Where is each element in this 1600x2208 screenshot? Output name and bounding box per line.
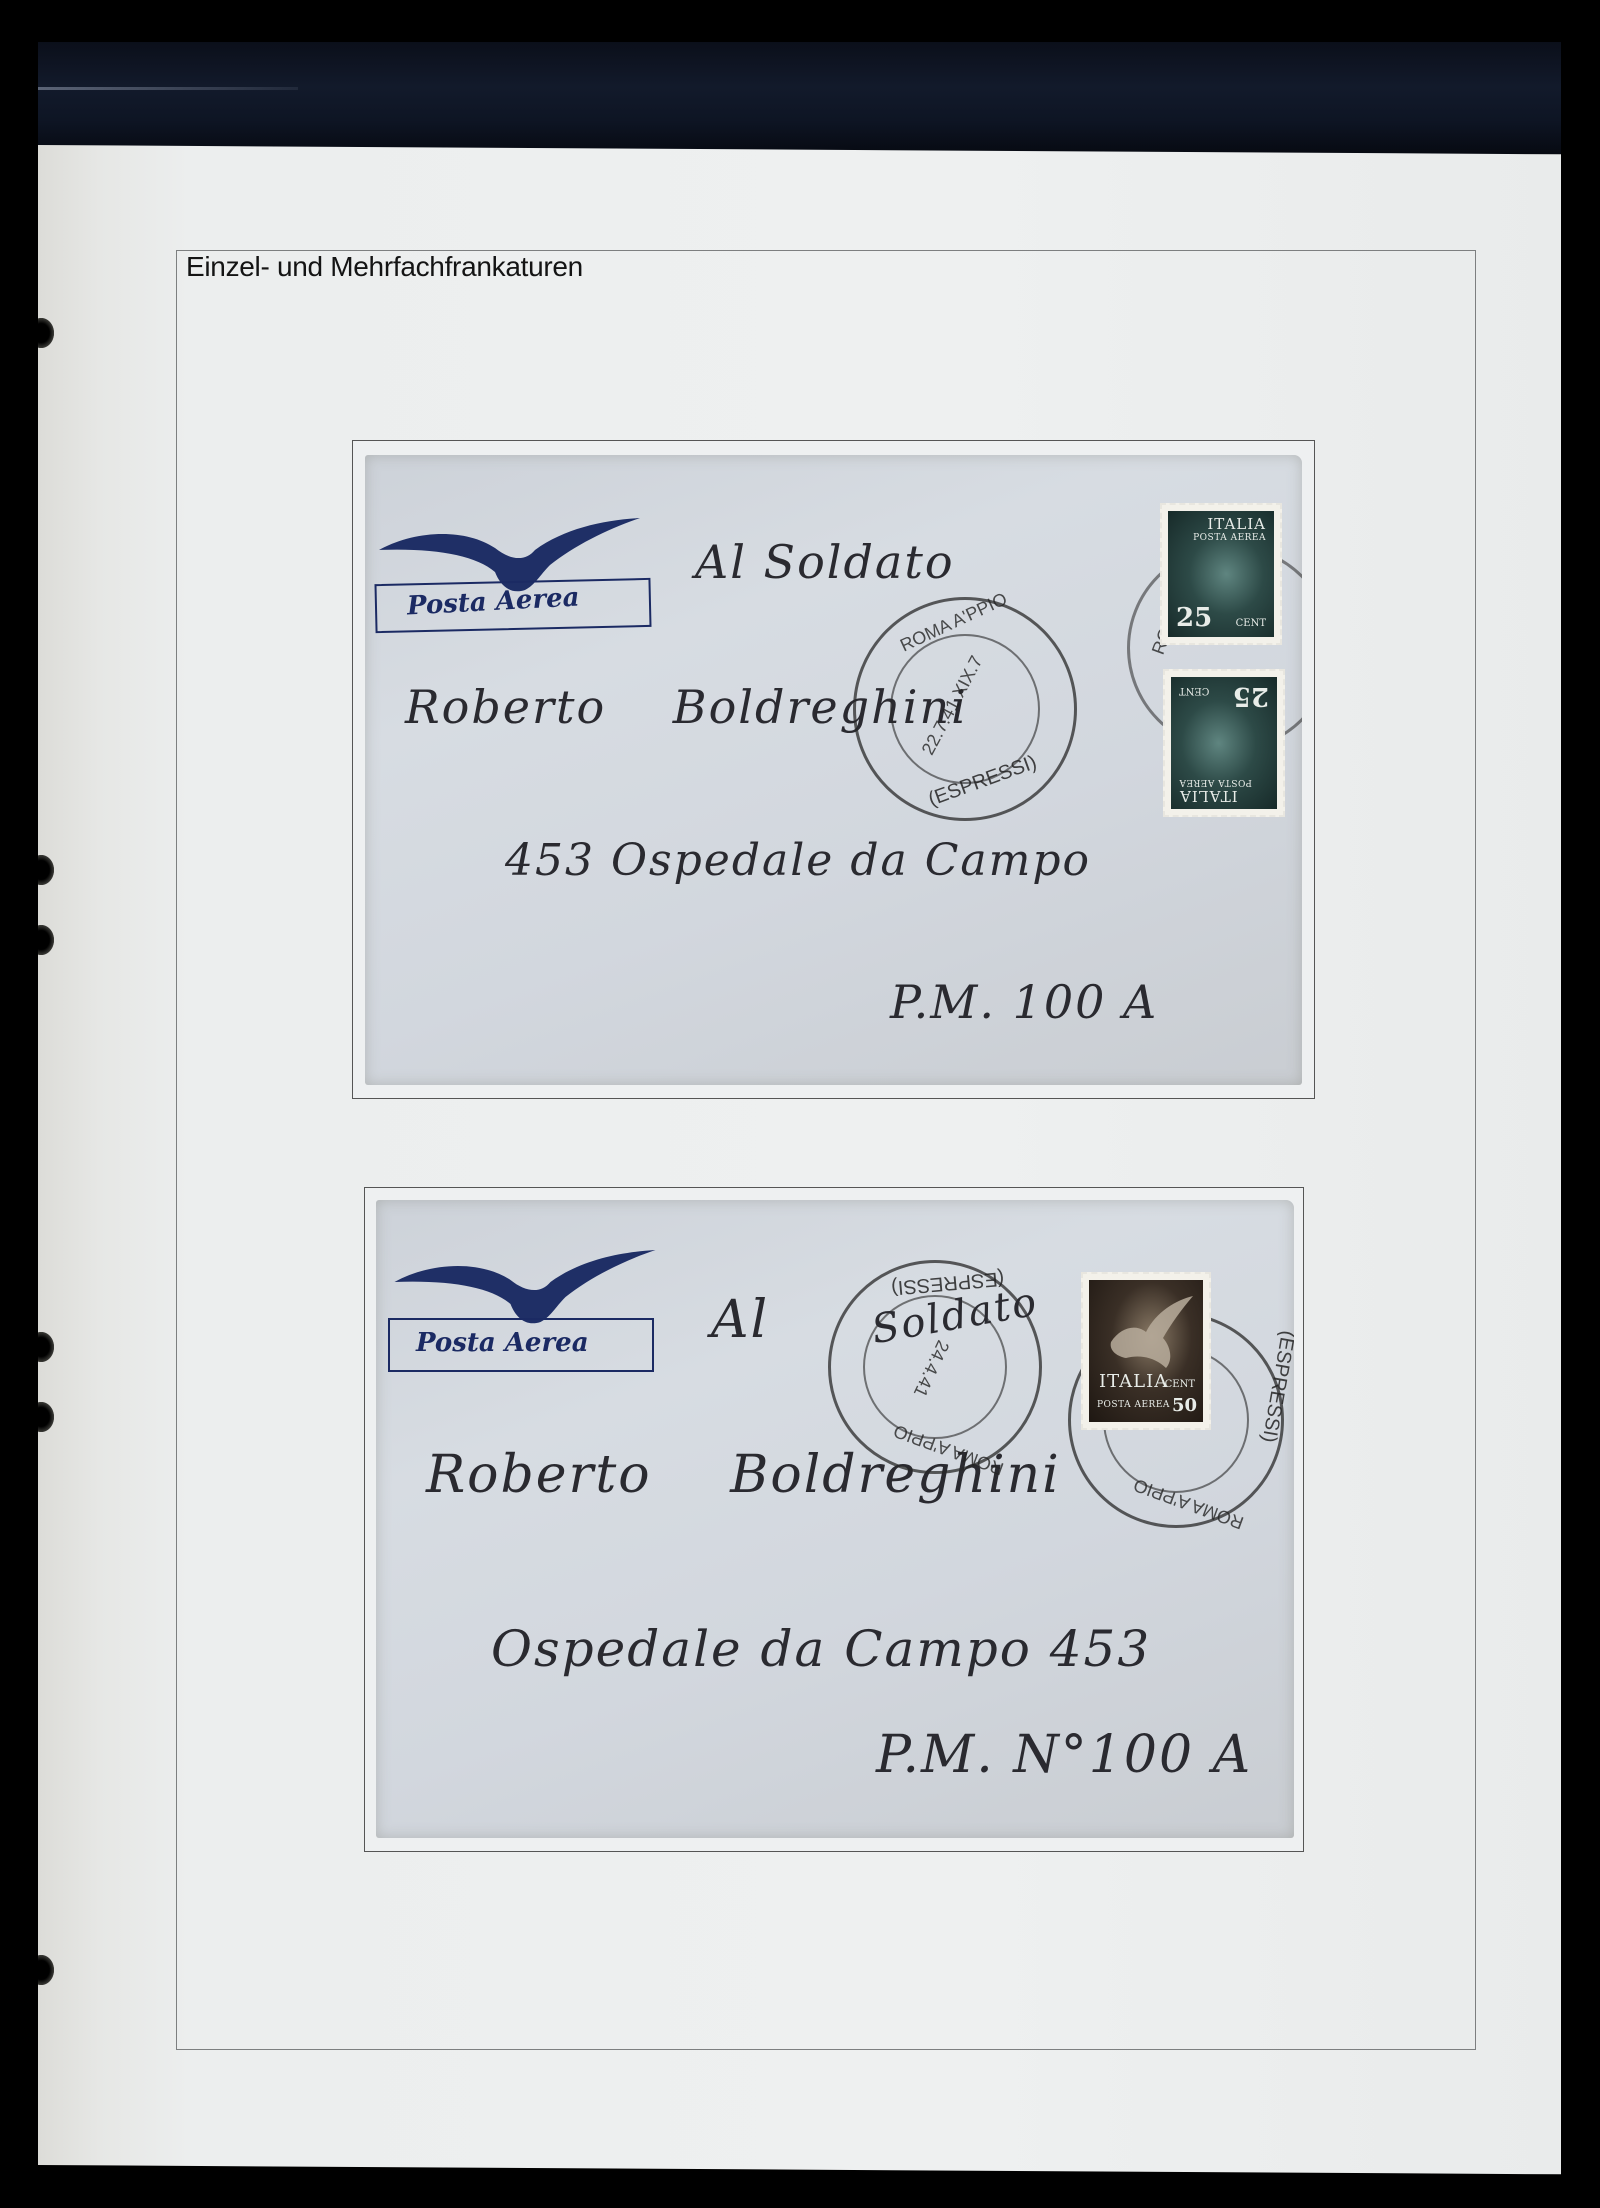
cover-2[interactable]: Posta Aerea Al Roberto Boldreghini Osped… (376, 1200, 1294, 1838)
stamp-inverted[interactable]: ITALIA POSTA AEREA 25 CENT (1163, 669, 1285, 817)
page-title: Einzel- und Mehrfachfrankaturen (186, 251, 583, 283)
binder-hole (38, 1402, 54, 1432)
binder-hole (38, 1332, 54, 1362)
stamp[interactable]: ITALIA POSTA AEREA CENT 50 (1081, 1272, 1211, 1430)
address-line: 453 Ospedale da Campo (505, 835, 1091, 886)
stamp[interactable]: ITALIA POSTA AEREA 25 CENT (1160, 503, 1282, 645)
stamp-image: ITALIA POSTA AEREA CENT 50 (1089, 1280, 1203, 1422)
pegasus-icon (1101, 1292, 1196, 1372)
address-line: Al (711, 1290, 769, 1350)
address-line: P.M. N°100 A (876, 1725, 1252, 1785)
binder-hole (38, 925, 54, 955)
binder-hole (38, 1955, 54, 1985)
stamp-image: ITALIA POSTA AEREA 25 CENT (1171, 677, 1277, 809)
address-line: Ospedale da Campo 453 (491, 1620, 1151, 1678)
album-sleeve-edge (38, 42, 1561, 154)
address-line: P.M. 100 A (890, 975, 1158, 1029)
address-line: Al Soldato (695, 535, 955, 589)
postmark: ROMA A'PPIO 22.7.41.XIX.7 (ESPRESSI) (853, 597, 1077, 821)
postmark: ROMA A'PPIO 24.4.41 (ESPRESSI) Soldato (828, 1260, 1042, 1474)
sleeve-glint (38, 87, 298, 90)
stamp-image: ITALIA POSTA AEREA 25 CENT (1168, 511, 1274, 637)
cover-1[interactable]: Posta Aerea Al Soldato Roberto Boldreghi… (365, 455, 1302, 1085)
binder-hole (38, 318, 54, 348)
binder-hole (38, 855, 54, 885)
airmail-label: Posta Aerea (416, 1328, 589, 1358)
